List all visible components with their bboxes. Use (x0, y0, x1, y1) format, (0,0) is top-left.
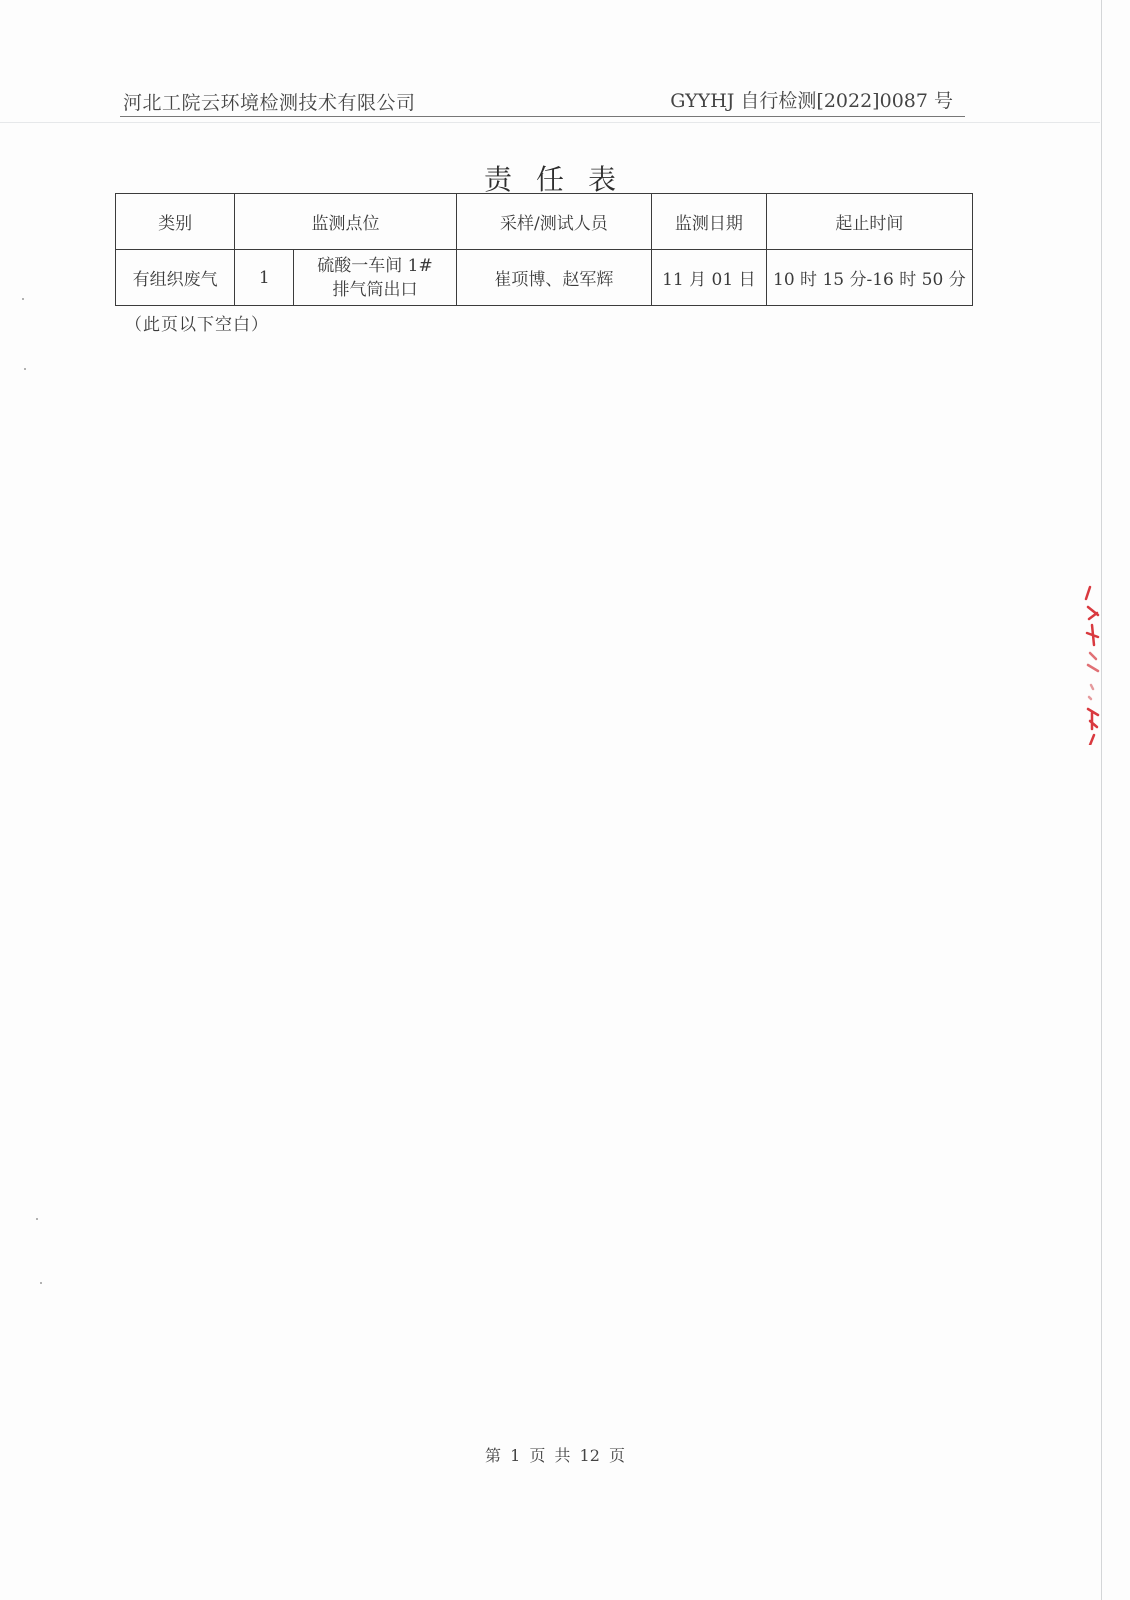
cell-point-number: 1 (235, 250, 294, 306)
page-header: 河北工院云环境检测技术有限公司 GYYHJ 自行检测[2022]0087 号 (123, 84, 963, 114)
location-line-2: 排气筒出口 (298, 278, 451, 302)
column-header-personnel: 采样/测试人员 (456, 194, 651, 250)
column-header-category: 类别 (116, 194, 235, 250)
column-header-time: 起止时间 (766, 194, 972, 250)
scan-speck (40, 1282, 42, 1284)
page-title: 责任表 (0, 158, 1100, 198)
blank-page-note: （此页以下空白） (125, 310, 269, 335)
cell-category: 有组织废气 (116, 250, 235, 306)
cell-time-range: 10 时 15 分-16 时 50 分 (766, 250, 972, 306)
column-header-location: 监测点位 (235, 194, 456, 250)
scan-line (0, 122, 1100, 123)
seal-stamp-icon (1082, 585, 1102, 745)
scan-speck (36, 1218, 38, 1220)
column-header-date: 监测日期 (652, 194, 767, 250)
cell-date: 11 月 01 日 (652, 250, 767, 306)
company-name: 河北工院云环境检测技术有限公司 (123, 88, 416, 115)
table-row: 有组织废气 1 硫酸一车间 1# 排气筒出口 崔项博、赵军辉 11 月 01 日… (116, 250, 973, 306)
page-edge (1101, 0, 1102, 1600)
cell-location: 硫酸一车间 1# 排气筒出口 (294, 250, 456, 306)
cell-personnel: 崔项博、赵军辉 (456, 250, 651, 306)
location-line-1: 硫酸一车间 1# (298, 254, 451, 278)
table-header-row: 类别 监测点位 采样/测试人员 监测日期 起止时间 (116, 194, 973, 250)
scan-speck (24, 368, 26, 370)
header-divider (120, 116, 965, 117)
report-number: GYYHJ 自行检测[2022]0087 号 (670, 86, 953, 113)
scan-speck (22, 298, 24, 300)
responsibility-table: 类别 监测点位 采样/测试人员 监测日期 起止时间 有组织废气 1 硫酸一车间 … (115, 193, 973, 306)
page-number: 第 1 页 共 12 页 (0, 1443, 1110, 1466)
